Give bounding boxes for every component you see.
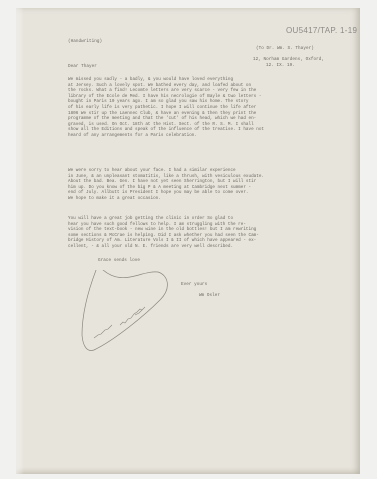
salutation: Dear Thayer bbox=[68, 64, 97, 69]
address-line: 12, Norham Gardens, Oxford, bbox=[253, 57, 324, 62]
archive-reference: OU5417/TAP. 1-19 bbox=[286, 26, 357, 35]
signature: Wm Osler bbox=[199, 293, 220, 298]
recipient-note: (To Dr. Wm. S. Thayer) bbox=[256, 46, 314, 51]
text-line: We hope to make it a great occasion. bbox=[68, 196, 328, 202]
letter-page: OU5417/TAP. 1-19 (Handwriting) (To Dr. W… bbox=[16, 8, 360, 474]
handwritten-annotation-outline bbox=[80, 270, 180, 360]
text-line: heard of any arrangements for a Paris ce… bbox=[68, 133, 328, 139]
closing: Ever yours bbox=[181, 282, 207, 287]
paragraph-3: You will have a great job getting the cl… bbox=[68, 216, 328, 250]
postscript: Grace sends love bbox=[98, 258, 140, 263]
handwriting-label: (Handwriting) bbox=[68, 39, 102, 44]
date-line: 12. IX. 19. bbox=[266, 63, 295, 68]
paragraph-1: We missed you sadly - a badly, & you wou… bbox=[68, 77, 328, 139]
text-line: cellent, - & all your old N. E. friends … bbox=[68, 244, 328, 250]
paragraph-2: We were sorry to hear about your face. I… bbox=[68, 168, 328, 202]
